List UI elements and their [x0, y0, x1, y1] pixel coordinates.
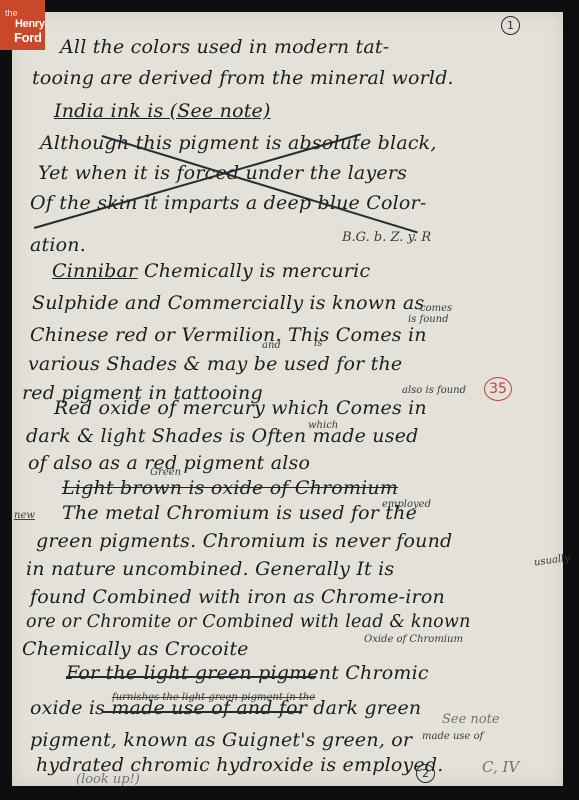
text-line-8: Cinnibar [52, 260, 137, 282]
insert-is: is [314, 338, 322, 349]
text-line-9: Sulphide and Commercially is known as [32, 292, 424, 314]
text-line-18: green pigments. Chromium is never found [36, 530, 452, 552]
text-line-24: oxide is made use of and for dark green [30, 697, 421, 719]
text-line-2: tooing are derived from the mineral worl… [32, 67, 454, 89]
reference-code: B.G. b. Z. y. R [342, 230, 431, 245]
insert-usually: usually [533, 553, 570, 569]
strike-light-green [66, 676, 316, 678]
text-line-20: found Combined with iron as Chrome-iron [30, 586, 445, 608]
text-line-1: All the colors used in modern tat- [60, 36, 389, 58]
text-line-11: various Shades & may be used for the [28, 353, 402, 375]
insert-and: and [262, 340, 281, 351]
henry-ford-logo: the Henry Ford [0, 0, 45, 50]
manuscript-page: 1 All the colors used in modern tat- too… [12, 12, 563, 786]
text-line-10: Chinese red or Vermilion. This Comes in [30, 324, 427, 346]
text-line-7: ation. [30, 234, 86, 256]
page-number-bottom: 2 [416, 764, 435, 783]
red-circled-number: 35 [484, 377, 512, 401]
text-line-19: in nature uncombined. Generally It is [26, 558, 394, 580]
page-number-top: 1 [501, 16, 520, 35]
text-line-23: For the light green pigment Chromic [66, 662, 429, 684]
logo-ford: Ford [14, 31, 42, 44]
text-line-13: Red oxide of mercury which Comes in [54, 397, 427, 419]
pencil-see-note: See note [442, 712, 500, 727]
text-line-8-rest: Chemically is mercuric [144, 260, 370, 282]
insert-also-is-found: also is found [402, 385, 466, 396]
text-line-25: pigment, known as Guignet's green, or [30, 729, 412, 751]
text-line-14: dark & light Shades is Often made used [26, 425, 419, 447]
insert-comes: comes [420, 303, 452, 314]
text-line-22: Chemically as Crocoite [22, 638, 249, 660]
insert-oxide-of-chromium: Oxide of Chromium [364, 634, 463, 645]
text-line-21: ore or Chromite or Combined with lead & … [26, 612, 471, 632]
logo-henry: Henry [15, 19, 45, 30]
cinnibar-label: Cinnibar [52, 260, 137, 282]
text-line-3: India ink is (See note) [54, 100, 271, 122]
text-line-16: Light brown is oxide of Chromium [62, 477, 398, 499]
logo-the: the [5, 9, 18, 18]
pencil-look-up: (look up!) [76, 772, 140, 787]
insert-made-use-of: made use of [422, 731, 483, 742]
text-line-4: Although this pigment is absolute black, [40, 132, 437, 154]
catalog-mark: C, IV [482, 758, 519, 776]
struck-light-brown: Light brown is oxide of Chromium [62, 477, 398, 499]
text-line-17: The metal Chromium is used for the [62, 502, 417, 524]
margin-note-new: new [14, 510, 35, 521]
strike-made-use [102, 711, 302, 713]
